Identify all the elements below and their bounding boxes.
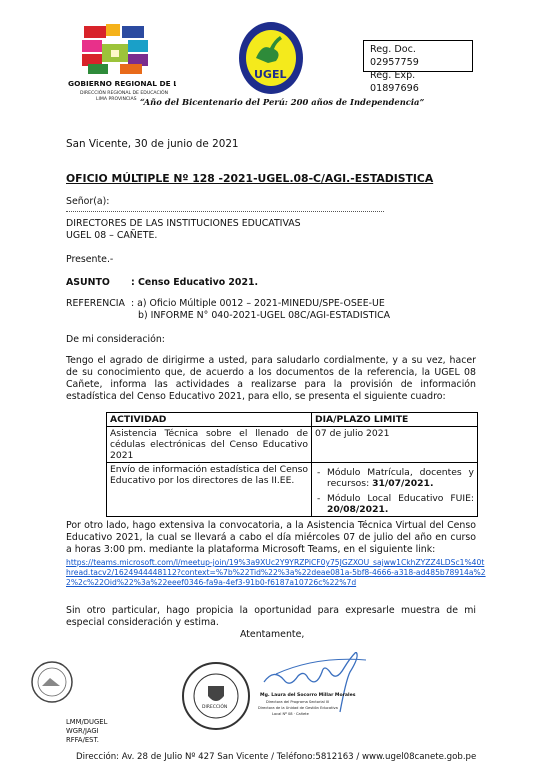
svg-text:Directora de la Unidad de Gest: Directora de la Unidad de Gestión Educat… xyxy=(258,706,338,710)
year-motto: “Año del Bicentenario del Perú: 200 años… xyxy=(140,97,424,107)
place-date: San Vicente, 30 de junio de 2021 xyxy=(66,138,239,150)
table-row: Envío de información estadística del Cen… xyxy=(107,463,478,517)
actividad-cell: Envío de información estadística del Cen… xyxy=(107,463,312,517)
svg-text:Local Nº 08 · Cañete: Local Nº 08 · Cañete xyxy=(272,712,310,716)
official-seal-icon: DIRECCIÓN xyxy=(180,660,252,732)
registration-box: Reg. Doc. 02957759 Reg. Exp. 01897696 xyxy=(363,40,473,72)
svg-text:UGEL: UGEL xyxy=(254,68,286,81)
reference-initials: WGR/JAGI xyxy=(66,727,107,736)
asunto-label: ASUNTO xyxy=(66,277,110,289)
paragraph-intro: Tengo el agrado de dirigirme a usted, pa… xyxy=(66,355,476,403)
referencia-label: REFERENCIA xyxy=(66,298,125,310)
recipient-line-1: DIRECTORES DE LAS INSTITUCIONES EDUCATIV… xyxy=(66,218,301,230)
svg-text:Mg. Laura del Socorro Millar M: Mg. Laura del Socorro Millar Morales xyxy=(260,692,356,698)
plazo-item: - Módulo Matrícula, docentes y recursos:… xyxy=(315,467,474,489)
small-seal xyxy=(30,660,74,704)
plazo-cell: 07 de julio 2021 xyxy=(312,427,478,463)
table-row: Asistencia Técnica sobre el llenado de c… xyxy=(107,427,478,463)
asunto-value: : Censo Educativo 2021. xyxy=(131,277,258,289)
svg-text:DIRECCIÓN: DIRECCIÓN xyxy=(202,703,227,710)
reference-initials: LMM/DUGEL xyxy=(66,718,107,727)
ugel-logo: UGEL xyxy=(228,18,314,98)
signature-block: Mg. Laura del Socorro Millar Morales Dir… xyxy=(256,652,376,732)
official-seal: DIRECCIÓN xyxy=(180,660,252,732)
recipient-line-2: UGEL 08 – CAÑETE. xyxy=(66,230,157,242)
referencia-a: : a) Oficio Múltiple 0012 – 2021-MINEDU/… xyxy=(131,298,385,310)
header-plazo: DIA/PLAZO LIMITE xyxy=(312,413,478,427)
plazo-item-date: 20/08/2021. xyxy=(327,504,388,515)
reg-doc: Reg. Doc. 02957759 xyxy=(370,43,466,69)
svg-text:Directora del Programa Sectori: Directora del Programa Sectorial III xyxy=(266,700,329,704)
ugel-logo-icon: UGEL xyxy=(228,18,314,98)
presente: Presente.- xyxy=(66,254,113,266)
footer-address: Dirección: Av. 28 de Julio Nº 427 San Vi… xyxy=(76,752,476,762)
header-actividad: ACTIVIDAD xyxy=(107,413,312,427)
salutation: Señor(a): xyxy=(66,196,109,208)
closing-atentamente: Atentamente, xyxy=(240,629,304,641)
teams-meeting-link[interactable]: https://teams.microsoft.com/l/meetup-joi… xyxy=(66,558,486,588)
svg-text:LIMA PROVINCIAS: LIMA PROVINCIAS xyxy=(96,96,137,102)
table-header-row: ACTIVIDAD DIA/PLAZO LIMITE xyxy=(107,413,478,427)
signature-scribble-icon: Mg. Laura del Socorro Millar Morales Dir… xyxy=(256,652,376,732)
svg-text:DIRECCIÓN REGIONAL DE EDUCACIÓ: DIRECCIÓN REGIONAL DE EDUCACIÓN xyxy=(80,89,168,96)
gobierno-regional-logo-icon: GOBIERNO REGIONAL DE LIMA DIRECCIÓN REGI… xyxy=(66,22,176,102)
plazo-item-text: Módulo Local Educativo FUIE: xyxy=(327,493,474,504)
dotted-divider xyxy=(66,211,384,212)
oficio-number: OFICIO MÚLTIPLE Nº 128 -2021-UGEL.08-C/A… xyxy=(66,172,433,185)
reference-initials: RFFA/EST. xyxy=(66,736,107,745)
paragraph-convocatoria: Por otro lado, hago extensiva la convoca… xyxy=(66,520,476,556)
initials-references: LMM/DUGEL WGR/JAGI RFFA/EST. xyxy=(66,718,107,745)
consideracion: De mi consideración: xyxy=(66,334,165,346)
plazo-cell: - Módulo Matrícula, docentes y recursos:… xyxy=(312,463,478,517)
plazo-item: - Módulo Local Educativo FUIE: 20/08/202… xyxy=(315,493,474,515)
reg-exp: Reg. Exp. 01897696 xyxy=(370,69,466,95)
activities-table: ACTIVIDAD DIA/PLAZO LIMITE Asistencia Té… xyxy=(106,412,478,517)
actividad-cell: Asistencia Técnica sobre el llenado de c… xyxy=(107,427,312,463)
svg-text:GOBIERNO REGIONAL DE LIMA: GOBIERNO REGIONAL DE LIMA xyxy=(68,79,176,88)
seal-icon xyxy=(30,660,74,704)
paragraph-closing: Sin otro particular, hago propicia la op… xyxy=(66,605,476,629)
gobierno-regional-lima-logo: GOBIERNO REGIONAL DE LIMA DIRECCIÓN REGI… xyxy=(66,22,176,102)
plazo-item-date: 31/07/2021. xyxy=(372,478,433,489)
referencia-b: b) INFORME N° 040-2021-UGEL 08C/AGI-ESTA… xyxy=(138,310,390,322)
